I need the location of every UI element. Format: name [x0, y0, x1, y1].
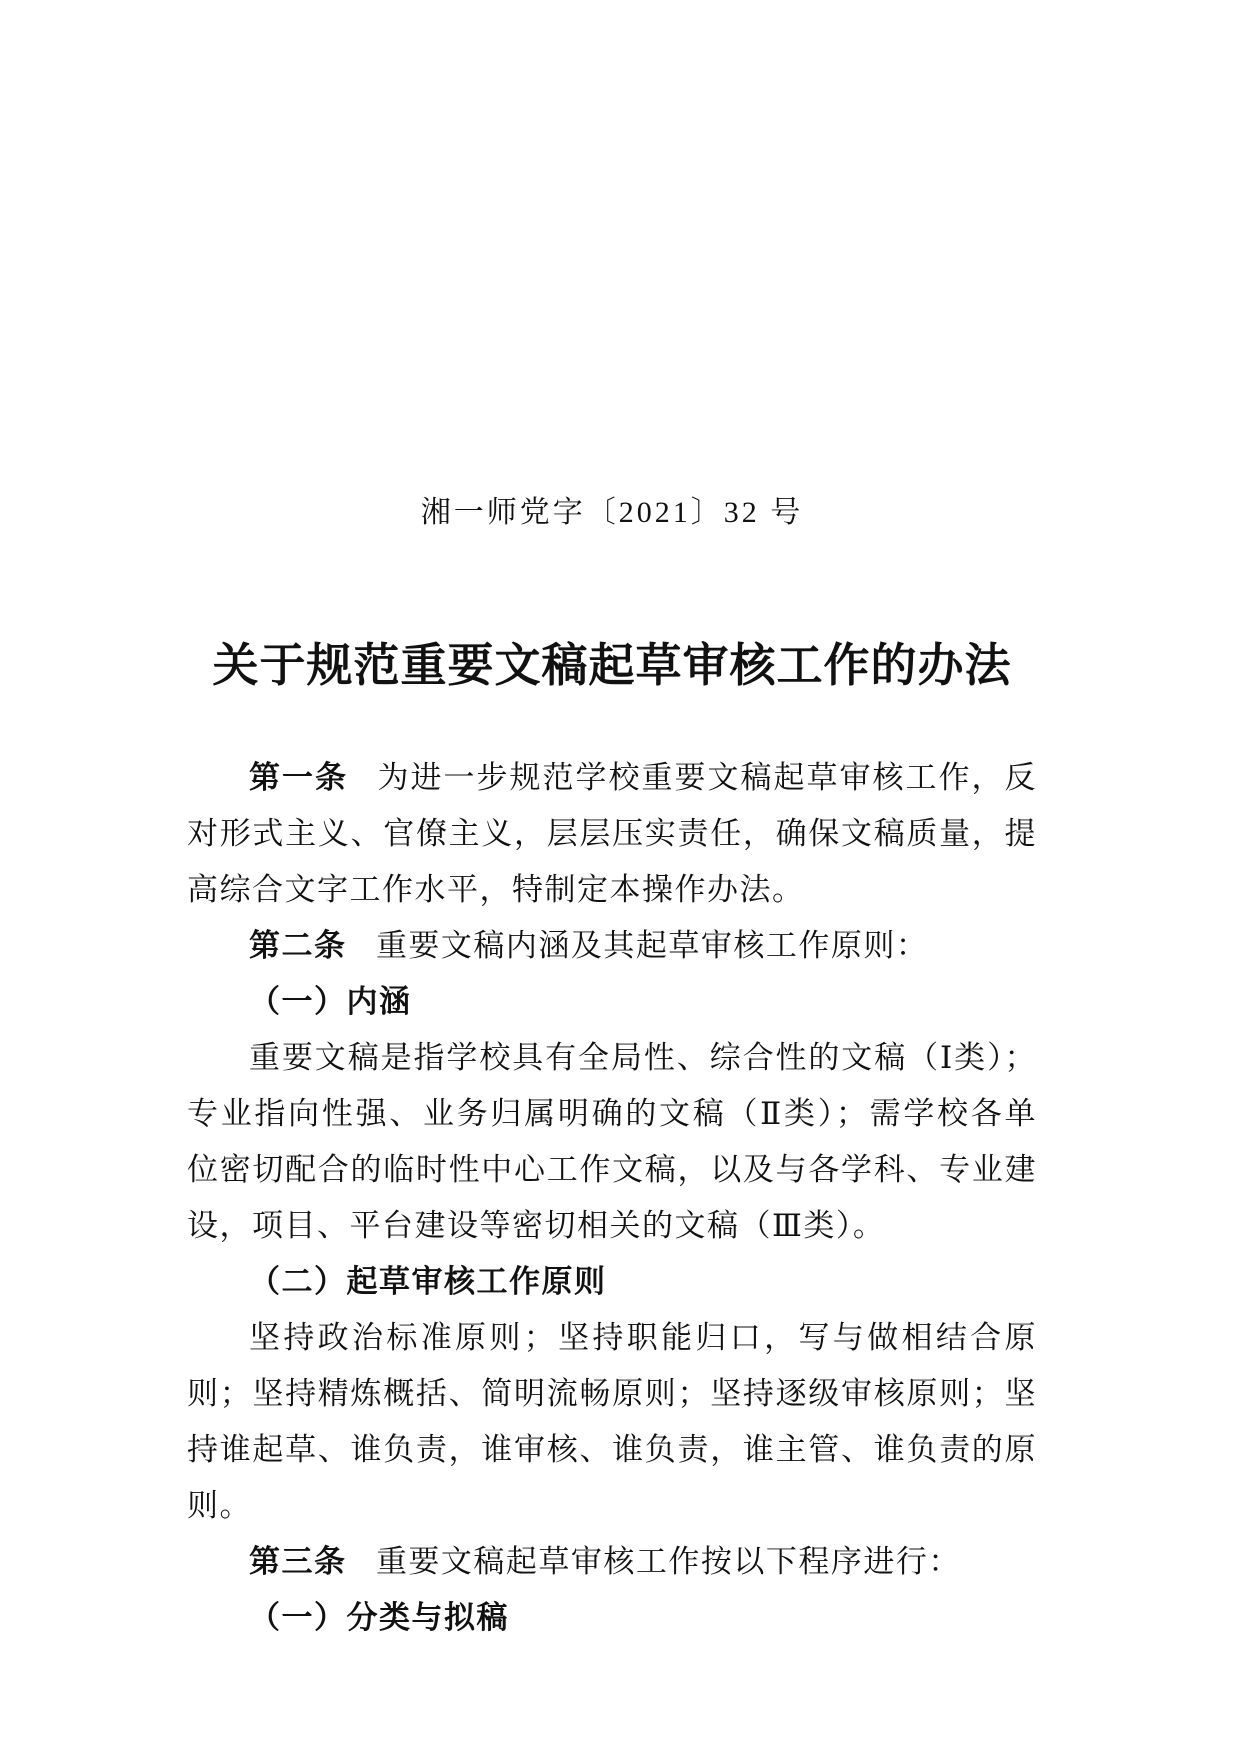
- document-page: 湘一师党字〔2021〕32 号 关于规范重要文稿起草审核工作的办法 第一条为进一…: [0, 0, 1241, 1755]
- article-label: 第二条: [249, 928, 347, 963]
- article-text: 重要文稿起草审核工作按以下程序进行：: [376, 1544, 961, 1579]
- section-heading: （一）分类与拟稿: [187, 1590, 1037, 1646]
- article-text: 重要文稿内涵及其起草审核工作原则：: [376, 928, 929, 963]
- document-title: 关于规范重要文稿起草审核工作的办法: [187, 636, 1037, 696]
- body-paragraph: 重要文稿是指学校具有全局性、综合性的文稿（Ⅰ类）；专业指向性强、业务归属明确的文…: [187, 1030, 1037, 1254]
- section-heading: （二）起草审核工作原则: [187, 1254, 1037, 1310]
- document-number: 湘一师党字〔2021〕32 号: [187, 492, 1037, 534]
- article-paragraph: 第一条为进一步规范学校重要文稿起草审核工作，反对形式主义、官僚主义，层层压实责任…: [187, 750, 1037, 918]
- article-paragraph: 第三条重要文稿起草审核工作按以下程序进行：: [187, 1534, 1037, 1590]
- article-label: 第一条: [249, 760, 348, 795]
- document-body: 第一条为进一步规范学校重要文稿起草审核工作，反对形式主义、官僚主义，层层压实责任…: [187, 750, 1037, 1646]
- body-paragraph: 坚持政治标准原则；坚持职能归口，写与做相结合原则；坚持精炼概括、简明流畅原则；坚…: [187, 1310, 1037, 1534]
- article-paragraph: 第二条重要文稿内涵及其起草审核工作原则：: [187, 918, 1037, 974]
- article-label: 第三条: [249, 1544, 347, 1579]
- section-heading: （一）内涵: [187, 974, 1037, 1030]
